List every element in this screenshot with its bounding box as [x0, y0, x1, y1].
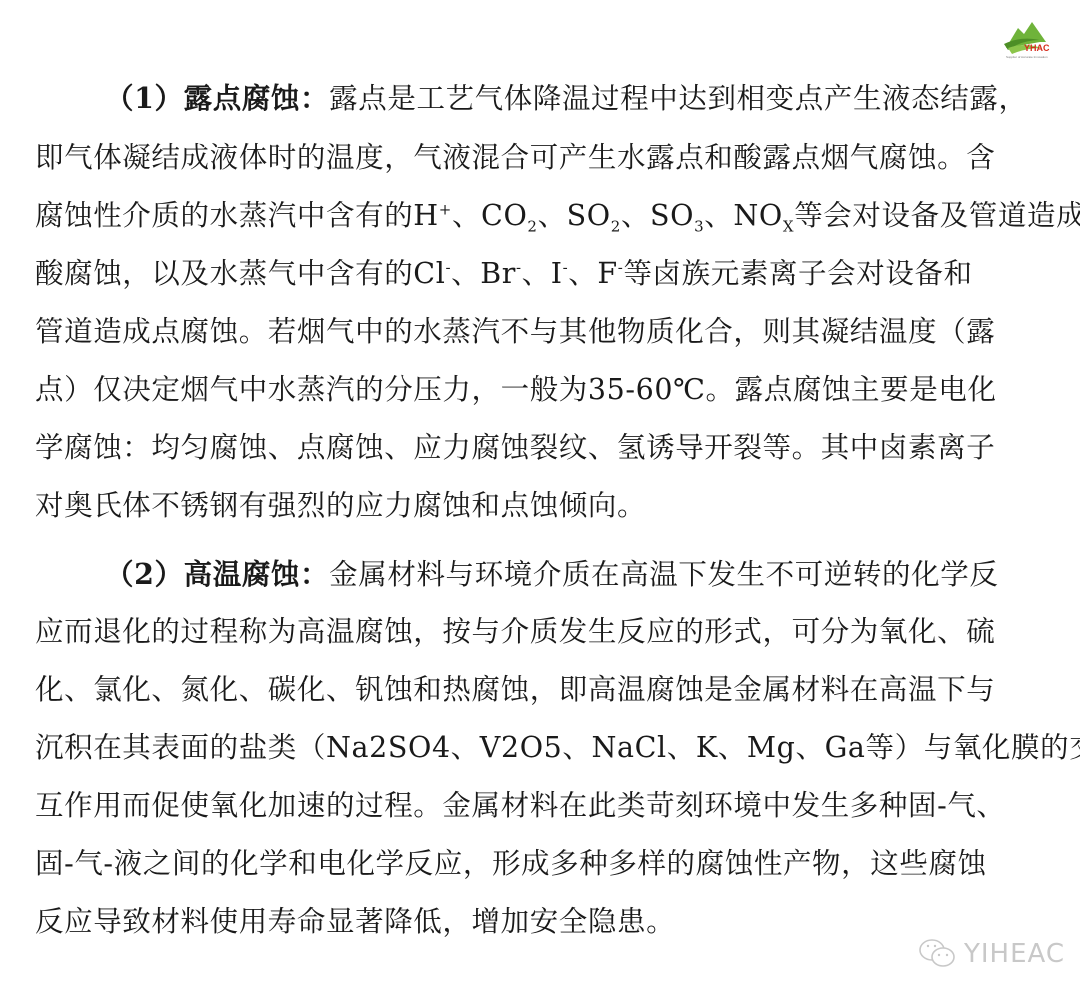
paragraph-1-line-6: 点）仅决定烟气中水蒸汽的分压力，一般为35-60℃。露点腐蚀主要是电化 [35, 370, 997, 410]
svg-text:Supplier of Accurate Innovatio: Supplier of Accurate Innovation [1006, 55, 1048, 59]
paragraph-2-line-1: （2）高温腐蚀：金属材料与环境介质在高温下发生不可逆转的化学反 [105, 554, 998, 595]
paragraph-2-line-3: 化、氯化、氮化、碳化、钒蚀和热腐蚀，即高温腐蚀是金属材料在高温下与 [35, 670, 995, 710]
watermark: YIHEAC [918, 938, 1065, 970]
watermark-text: YIHEAC [964, 939, 1065, 969]
section-2-heading: （2）高温腐蚀： [105, 557, 329, 591]
paragraph-1-line-1: （1）露点腐蚀：露点是工艺气体降温过程中达到相变点产生液态结露， [105, 78, 1028, 119]
paragraph-2-line-4: 沉积在其表面的盐类（Na2SO4、V2O5、NaCl、K、Mg、Ga等）与氧化膜… [35, 728, 1080, 768]
paragraph-2-line-7: 反应导致材料使用寿命显著降低，增加安全隐患。 [35, 902, 675, 942]
paragraph-2-line-6: 固-气-液之间的化学和电化学反应，形成多种多样的腐蚀性产物，这些腐蚀 [35, 844, 987, 884]
svg-text:YHAC: YHAC [1024, 43, 1050, 53]
yhac-logo: YHAC Supplier of Accurate Innovation [1000, 18, 1056, 60]
paragraph-2-line-5: 互作用而促使氧化加速的过程。金属材料在此类苛刻环境中发生多种固-气、 [35, 786, 1006, 826]
paragraph-1-line-7: 学腐蚀：均匀腐蚀、点腐蚀、应力腐蚀裂纹、氢诱导开裂等。其中卤素离子 [35, 428, 995, 468]
paragraph-1-line-2: 即气体凝结成液体时的温度，气液混合可产生水露点和酸露点烟气腐蚀。含 [35, 138, 995, 178]
paragraph-2-line-2: 应而退化的过程称为高温腐蚀，按与介质发生反应的形式，可分为氧化、硫 [35, 612, 995, 652]
paragraph-1-line-3: 腐蚀性介质的水蒸汽中含有的H+、CO2、SO2、SO3、NOX等会对设备及管道造… [35, 196, 1080, 236]
paragraph-1-line-4: 酸腐蚀，以及水蒸气中含有的Cl-、Br-、I-、F-等卤族元素离子会对设备和 [35, 254, 973, 294]
paragraph-1-line-8: 对奥氏体不锈钢有强烈的应力腐蚀和点蚀倾向。 [35, 486, 646, 526]
wechat-icon [918, 938, 958, 970]
paragraph-1-line-5: 管道造成点腐蚀。若烟气中的水蒸汽不与其他物质化合，则其凝结温度（露 [35, 312, 995, 352]
section-1-heading: （1）露点腐蚀： [105, 81, 329, 115]
